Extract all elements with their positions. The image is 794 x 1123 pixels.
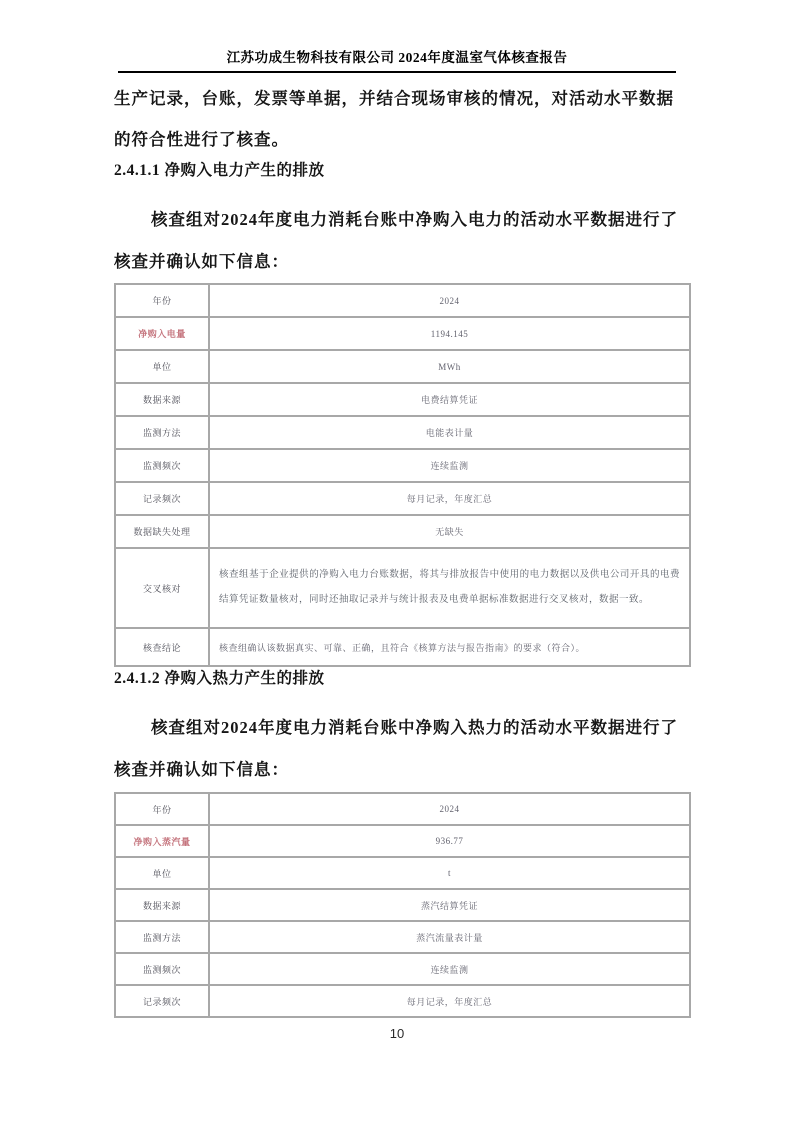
- row-label-cell: 单位: [115, 350, 209, 383]
- page-number: 10: [0, 1026, 794, 1041]
- row-label-cell: 监测方法: [115, 416, 209, 449]
- table-row: 单位 t: [115, 857, 690, 889]
- row-value-cell: 1194.145: [209, 317, 690, 350]
- electricity-para-line-2: 核查并确认如下信息：: [114, 252, 289, 271]
- section-heading-heat: 2.4.1.2 净购入热力产生的排放: [114, 666, 325, 688]
- table-row: 净购入电量 1194.145: [115, 317, 690, 350]
- row-label-cell: 净购入电量: [115, 317, 209, 350]
- electricity-activity-data-table: 年份 2024 净购入电量 1194.145 单位 MWh 数据来源 电费结算凭…: [114, 283, 691, 667]
- row-value-cell: 蒸汽结算凭证: [209, 889, 690, 921]
- heat-para-line-1: 核查组对2024年度电力消耗台账中净购入热力的活动水平数据进行了: [114, 707, 730, 749]
- row-label-cell: 监测方法: [115, 921, 209, 953]
- heat-paragraph: 核查组对2024年度电力消耗台账中净购入热力的活动水平数据进行了 核查并确认如下…: [114, 707, 730, 791]
- table-row: 核查结论 核查组确认该数据真实、可靠、正确，且符合《核算方法与报告指南》的要求（…: [115, 628, 690, 666]
- table-row: 数据缺失处理 无缺失: [115, 515, 690, 548]
- row-value-cell: 连续监测: [209, 953, 690, 985]
- report-page: 江苏功成生物科技有限公司 2024年度温室气体核查报告 生产记录，台账，发票等单…: [0, 0, 794, 1123]
- row-label-cell: 交叉核对: [115, 548, 209, 628]
- intro-line-1: 生产记录，台账，发票等单据，并结合现场审核的情况，对活动水平数据: [114, 89, 674, 108]
- header-rule-divider: [118, 71, 676, 73]
- table-row: 监测频次 连续监测: [115, 953, 690, 985]
- row-value-cell: MWh: [209, 350, 690, 383]
- row-label-cell: 单位: [115, 857, 209, 889]
- row-value-cell: 连续监测: [209, 449, 690, 482]
- row-label-cell: 监测频次: [115, 449, 209, 482]
- heat-activity-data-table: 年份 2024 净购入蒸汽量 936.77 单位 t 数据来源 蒸汽结算凭证 监…: [114, 792, 691, 1018]
- header-title: 江苏功成生物科技有限公司 2024年度温室气体核查报告: [0, 46, 794, 66]
- heat-para-line-2: 核查并确认如下信息：: [114, 760, 289, 779]
- table-row: 交叉核对 核查组基于企业提供的净购入电力台账数据，将其与排放报告中使用的电力数据…: [115, 548, 690, 628]
- row-label-cell: 数据来源: [115, 889, 209, 921]
- row-value-cell: t: [209, 857, 690, 889]
- row-value-cell: 无缺失: [209, 515, 690, 548]
- row-value-cell: 核查组基于企业提供的净购入电力台账数据，将其与排放报告中使用的电力数据以及供电公…: [209, 548, 690, 628]
- intro-line-2: 的符合性进行了核查。: [114, 130, 289, 149]
- row-value-cell: 电能表计量: [209, 416, 690, 449]
- row-value-cell: 电费结算凭证: [209, 383, 690, 416]
- row-label-cell: 记录频次: [115, 482, 209, 515]
- intro-paragraph: 生产记录，台账，发票等单据，并结合现场审核的情况，对活动水平数据 的符合性进行了…: [114, 78, 726, 160]
- table-row: 数据来源 电费结算凭证: [115, 383, 690, 416]
- section-heading-electricity: 2.4.1.1 净购入电力产生的排放: [114, 158, 325, 180]
- row-label-cell: 数据来源: [115, 383, 209, 416]
- table-row: 单位 MWh: [115, 350, 690, 383]
- row-value-cell: 核查组确认该数据真实、可靠、正确，且符合《核算方法与报告指南》的要求（符合）。: [209, 628, 690, 666]
- row-value-cell: 蒸汽流量表计量: [209, 921, 690, 953]
- table-row: 监测方法 蒸汽流量表计量: [115, 921, 690, 953]
- row-label-cell: 年份: [115, 793, 209, 825]
- row-label-cell: 监测频次: [115, 953, 209, 985]
- table-row: 数据来源 蒸汽结算凭证: [115, 889, 690, 921]
- table-row: 年份 2024: [115, 284, 690, 317]
- row-value-cell: 每月记录，年度汇总: [209, 985, 690, 1017]
- row-value-cell: 每月记录，年度汇总: [209, 482, 690, 515]
- row-label-cell: 数据缺失处理: [115, 515, 209, 548]
- electricity-para-line-1: 核查组对2024年度电力消耗台账中净购入电力的活动水平数据进行了: [114, 199, 730, 241]
- table-row: 净购入蒸汽量 936.77: [115, 825, 690, 857]
- row-label-cell: 净购入蒸汽量: [115, 825, 209, 857]
- row-value-cell: 2024: [209, 284, 690, 317]
- row-label-cell: 记录频次: [115, 985, 209, 1017]
- table-row: 记录频次 每月记录，年度汇总: [115, 482, 690, 515]
- row-value-cell: 2024: [209, 793, 690, 825]
- electricity-paragraph: 核查组对2024年度电力消耗台账中净购入电力的活动水平数据进行了 核查并确认如下…: [114, 199, 730, 283]
- table-row: 监测方法 电能表计量: [115, 416, 690, 449]
- table-row: 记录频次 每月记录，年度汇总: [115, 985, 690, 1017]
- table-row: 年份 2024: [115, 793, 690, 825]
- table-row: 监测频次 连续监测: [115, 449, 690, 482]
- row-label-cell: 核查结论: [115, 628, 209, 666]
- row-label-cell: 年份: [115, 284, 209, 317]
- row-value-cell: 936.77: [209, 825, 690, 857]
